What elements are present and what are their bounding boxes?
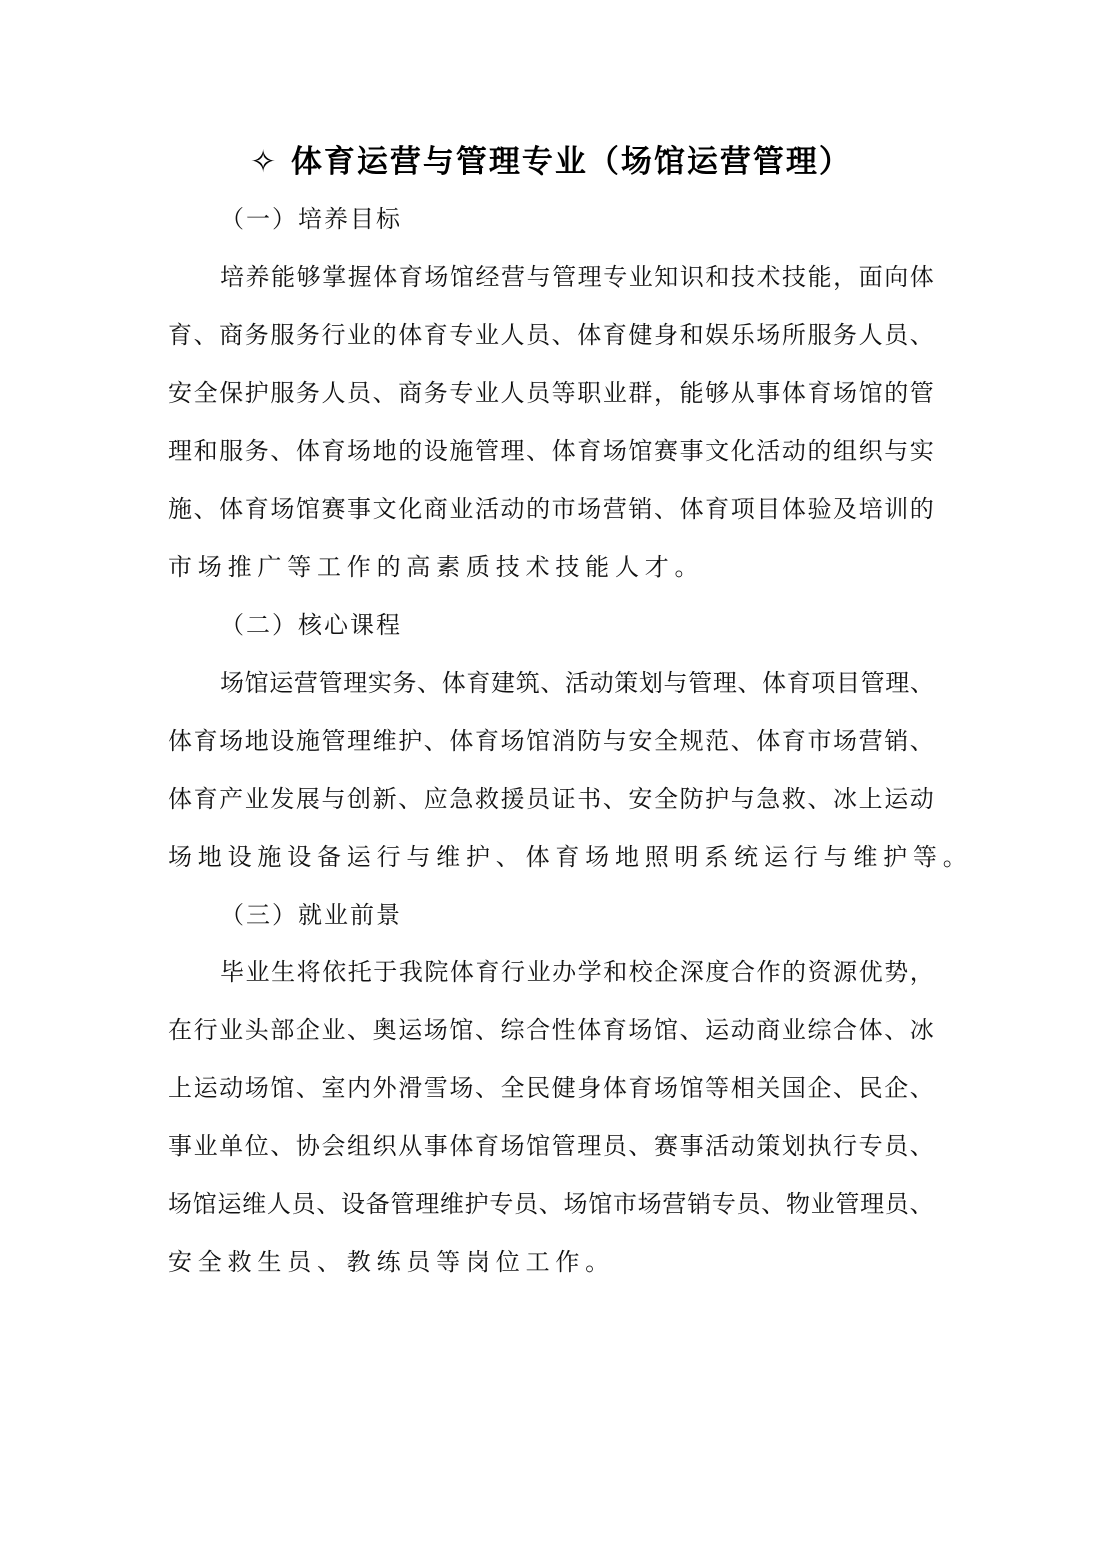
section-heading-training-goals: （一）培养目标 xyxy=(220,203,402,235)
section-heading-core-courses: （二）核心课程 xyxy=(220,609,402,641)
paragraph-line: 场地设施设备运行与维护、体育场地照明系统运行与维护等。 xyxy=(168,841,934,873)
paragraph-line: 理和服务、体育场地的设施管理、体育场馆赛事文化活动的组织与实 xyxy=(168,435,934,467)
paragraph-line: 体育产业发展与创新、应急救援员证书、安全防护与急救、冰上运动 xyxy=(168,783,934,815)
paragraph-line: 场馆运营管理实务、体育建筑、活动策划与管理、体育项目管理、 xyxy=(220,667,934,699)
section-heading-employment-prospects: （三）就业前景 xyxy=(220,899,402,931)
paragraph-line: 育、商务服务行业的体育专业人员、体育健身和娱乐场所服务人员、 xyxy=(168,319,934,351)
paragraph-line: 上运动场馆、室内外滑雪场、全民健身体育场馆等相关国企、民企、 xyxy=(168,1072,934,1104)
paragraph-line: 在行业头部企业、奥运场馆、综合性体育场馆、运动商业综合体、冰 xyxy=(168,1014,934,1046)
paragraph-line: 安全救生员、教练员等岗位工作。 xyxy=(168,1246,934,1278)
paragraph-line: 施、体育场馆赛事文化商业活动的市场营销、体育项目体验及培训的 xyxy=(168,493,934,525)
paragraph-line: 事业单位、协会组织从事体育场馆管理员、赛事活动策划执行专员、 xyxy=(168,1130,934,1162)
paragraph-line: 培养能够掌握体育场馆经营与管理专业知识和技术技能，面向体 xyxy=(220,261,934,293)
paragraph-line: 体育场地设施管理维护、体育场馆消防与安全规范、体育市场营销、 xyxy=(168,725,934,757)
paragraph-line: 毕业生将依托于我院体育行业办学和校企深度合作的资源优势， xyxy=(220,956,934,988)
paragraph-line: 场馆运维人员、设备管理维护专员、场馆市场营销专员、物业管理员、 xyxy=(168,1188,934,1220)
document-page: ✧ 体育运营与管理专业（场馆运营管理） （一）培养目标 培养能够掌握体育场馆经营… xyxy=(0,0,1102,1559)
paragraph-line: 市场推广等工作的高素质技术技能人才。 xyxy=(168,551,934,583)
paragraph-line: 安全保护服务人员、商务专业人员等职业群，能够从事体育场馆的管 xyxy=(168,377,934,409)
document-title: ✧ 体育运营与管理专业（场馆运营管理） xyxy=(0,140,1102,184)
